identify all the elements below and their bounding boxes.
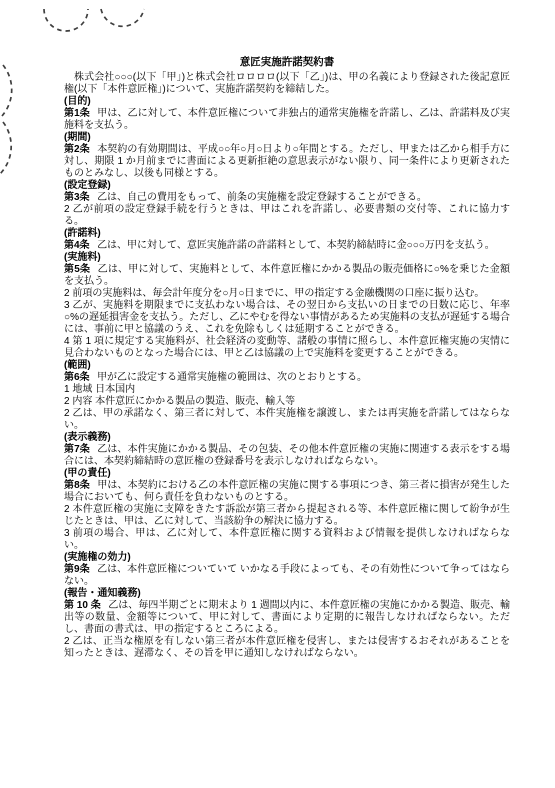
article-paragraph: 2 内容 本件意匠にかかる製品の製造、販売、輸入等 [64, 396, 510, 408]
paragraph-text: 2 内容 本件意匠にかかる製品の製造、販売、輸入等 [64, 396, 295, 407]
contract-section: (報告・通知義務)第 10 条乙は、毎四半期ごとに期末より 1 週間以内に、本件… [64, 588, 510, 660]
article-paragraph: 2 本件意匠権の実施に支障をきたす訴訟が第三者から提起される等、本件意匠権に関し… [64, 504, 510, 528]
article-paragraph: 第9条乙は、本件意匠権についていて いかなる手段によっても、その有効性について争… [64, 564, 510, 588]
article-number: 第9条 [64, 564, 97, 575]
article-number: 第5条 [64, 264, 98, 275]
paragraph-text: 4 第 1 項に規定する実施料が、社会経済の変動等、諸般の事情に照らし、本件意匠… [64, 336, 510, 359]
article-paragraph: 第2条本契約の有効期間は、平成○○年○月○日より○年間とする。ただし、甲または乙… [64, 144, 510, 180]
section-heading: (実施権の効力) [64, 552, 510, 564]
paragraph-text: 乙は、本件意匠権についていて いかなる手段によっても、その有効性について争っては… [64, 564, 510, 587]
article-paragraph: 1 地域 日本国内 [64, 384, 510, 396]
article-number: 第 10 条 [64, 600, 108, 611]
paragraph-text: 甲は、乙に対して、本件意匠権について非独占的通常実施権を許諾し、乙は、許諾料及び… [64, 108, 510, 131]
paragraph-text: 乙は、甲に対して、実施料として、本件意匠権にかかる製品の販売価格に○%を乗じた金… [64, 264, 510, 287]
section-heading: (表示義務) [64, 432, 510, 444]
article-paragraph: 第7条乙は、本件実施にかかる製品、その包装、その他本件意匠権の実施に関連する表示… [64, 444, 510, 468]
paragraph-text: 2 前項の実施料は、毎会計年度分を○月○日までに、甲の指定する金融機関の口座に振… [64, 288, 484, 299]
paragraph-text: 2 乙が前項の設定登録手続を行うときは、甲はこれを許諾し、必要書類の交付等、これ… [64, 204, 510, 227]
contract-section: (甲の責任)第8条甲は、本契約における乙の本件意匠権の実施に関する事項につき、第… [64, 468, 510, 552]
article-paragraph: 2 乙が前項の設定登録手続を行うときは、甲はこれを許諾し、必要書類の交付等、これ… [64, 204, 510, 228]
paragraph-text: 乙は、甲に対して、意匠実施許諾の許諾料として、本契約締結時に金○○○万円を支払う… [97, 240, 495, 251]
section-heading: (甲の責任) [64, 468, 510, 480]
paragraph-text: 2 本件意匠権の実施に支障をきたす訴訟が第三者から提起される等、本件意匠権に関し… [64, 504, 510, 527]
section-heading: (目的) [64, 96, 510, 108]
section-heading: (範囲) [64, 360, 510, 372]
article-paragraph: 第5条乙は、甲に対して、実施料として、本件意匠権にかかる製品の販売価格に○%を乗… [64, 264, 510, 288]
article-paragraph: 第 10 条乙は、毎四半期ごとに期末より 1 週間以内に、本件意匠権の実施にかか… [64, 600, 510, 636]
contract-section: (許諾料)第4条乙は、甲に対して、意匠実施許諾の許諾料として、本契約締結時に金○… [64, 228, 510, 252]
article-paragraph: 第4条乙は、甲に対して、意匠実施許諾の許諾料として、本契約締結時に金○○○万円を… [64, 240, 510, 252]
paragraph-text: 3 前項の場合、甲は、乙に対して、本件意匠権に関する資料および情報を提供しなけれ… [64, 528, 510, 551]
preamble-paragraph: 株式会社○○○(以下「甲」)と株式会社ロロロロ(以下「乙」)は、甲の名義により登… [64, 72, 510, 96]
article-paragraph: 4 第 1 項に規定する実施料が、社会経済の変動等、諸般の事情に照らし、本件意匠… [64, 336, 510, 360]
document-title: 意匠実施許諾契約書 [64, 56, 510, 69]
sections-container: (目的)第1条甲は、乙に対して、本件意匠権について非独占的通常実施権を許諾し、乙… [64, 96, 510, 660]
contract-section: (範囲)第6条甲が乙に設定する通常実施権の範囲は、次のとおりとする。1 地域 日… [64, 360, 510, 432]
contract-section: (実施料)第5条乙は、甲に対して、実施料として、本件意匠権にかかる製品の販売価格… [64, 252, 510, 360]
paragraph-text: 2 乙は、正当な権原を有しない第三者が本件意匠権を侵害し、または侵害するおそれが… [64, 636, 510, 659]
paragraph-text: 乙は、本件実施にかかる製品、その包装、その他本件意匠権の実施に関連する表示をする… [64, 444, 510, 467]
paragraph-text: 乙は、自己の費用をもって、前条の実施権を設定登録することができる。 [97, 192, 427, 203]
article-paragraph: 第3条乙は、自己の費用をもって、前条の実施権を設定登録することができる。 [64, 192, 510, 204]
dashed-arc-left-lower [0, 122, 11, 174]
article-paragraph: 3 乙が、実施料を期限までに支払わない場合は、その翌日から支払いの日までの日数に… [64, 300, 510, 336]
article-number: 第8条 [64, 480, 97, 491]
contract-section: (表示義務)第7条乙は、本件実施にかかる製品、その包装、その他本件意匠権の実施に… [64, 432, 510, 468]
article-number: 第3条 [64, 192, 97, 203]
paragraph-text: 甲は、本契約における乙の本件意匠権の実施に関する事項につき、第三者に損害が発生し… [64, 480, 510, 503]
dashed-arc-left-upper [2, 65, 12, 116]
paragraph-text: 本契約の有効期間は、平成○○年○月○日より○年間とする。ただし、甲または乙から相… [64, 144, 510, 179]
section-heading: (実施料) [64, 252, 510, 264]
paragraph-text: 乙は、毎四半期ごとに期末より 1 週間以内に、本件意匠権の実施にかかる製造、販売… [64, 600, 510, 635]
contract-document: 意匠実施許諾契約書 株式会社○○○(以下「甲」)と株式会社ロロロロ(以下「乙」)… [64, 56, 510, 660]
article-number: 第6条 [64, 372, 97, 383]
dashed-arc-top-right [101, 9, 144, 26]
contract-section: (期間)第2条本契約の有効期間は、平成○○年○月○日より○年間とする。ただし、甲… [64, 132, 510, 180]
paragraph-text: 甲が乙に設定する通常実施権の範囲は、次のとおりとする。 [97, 372, 367, 383]
article-paragraph: 第8条甲は、本契約における乙の本件意匠権の実施に関する事項につき、第三者に損害が… [64, 480, 510, 504]
contract-section: (実施権の効力)第9条乙は、本件意匠権についていて いかなる手段によっても、その… [64, 552, 510, 588]
document-page: 意匠実施許諾契約書 株式会社○○○(以下「甲」)と株式会社ロロロロ(以下「乙」)… [0, 0, 555, 788]
article-number: 第2条 [64, 144, 97, 155]
paragraph-text: 2 乙は、甲の承諾なく、第三者に対して、本件実施権を譲渡し、または再実施を許諾し… [64, 408, 510, 431]
article-number: 第1条 [64, 108, 97, 119]
article-number: 第7条 [64, 444, 97, 455]
article-paragraph: 2 乙は、正当な権原を有しない第三者が本件意匠権を侵害し、または侵害するおそれが… [64, 636, 510, 660]
article-paragraph: 2 乙は、甲の承諾なく、第三者に対して、本件実施権を譲渡し、または再実施を許諾し… [64, 408, 510, 432]
section-heading: (報告・通知義務) [64, 588, 510, 600]
section-heading: (期間) [64, 132, 510, 144]
article-number: 第4条 [64, 240, 97, 251]
contract-section: (設定登録)第3条乙は、自己の費用をもって、前条の実施権を設定登録することができ… [64, 180, 510, 228]
section-heading: (設定登録) [64, 180, 510, 192]
paragraph-text: 1 地域 日本国内 [64, 384, 135, 395]
section-heading: (許諾料) [64, 228, 510, 240]
paragraph-text: 3 乙が、実施料を期限までに支払わない場合は、その翌日から支払いの日までの日数に… [64, 300, 510, 335]
contract-section: (目的)第1条甲は、乙に対して、本件意匠権について非独占的通常実施権を許諾し、乙… [64, 96, 510, 132]
article-paragraph: 第6条甲が乙に設定する通常実施権の範囲は、次のとおりとする。 [64, 372, 510, 384]
article-paragraph: 2 前項の実施料は、毎会計年度分を○月○日までに、甲の指定する金融機関の口座に振… [64, 288, 510, 300]
article-paragraph: 3 前項の場合、甲は、乙に対して、本件意匠権に関する資料および情報を提供しなけれ… [64, 528, 510, 552]
article-paragraph: 第1条甲は、乙に対して、本件意匠権について非独占的通常実施権を許諾し、乙は、許諾… [64, 108, 510, 132]
dashed-arc-top-left [44, 9, 88, 31]
